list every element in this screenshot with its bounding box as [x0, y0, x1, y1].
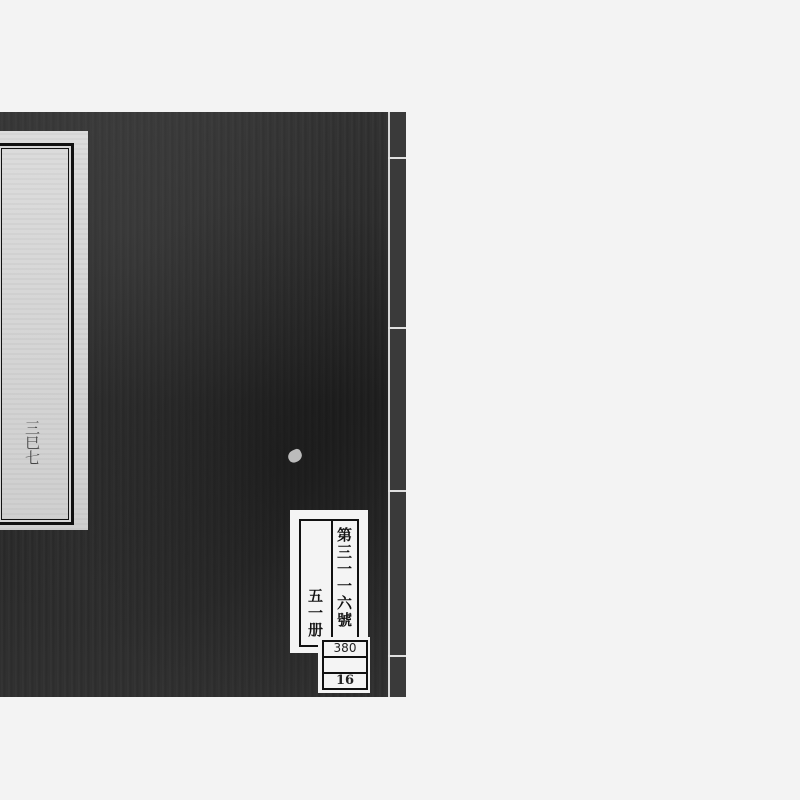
call-number-label: 第三一一六號 五一册 [290, 510, 368, 653]
binding-stitch [388, 490, 406, 492]
volume-count-text: 五一册 [305, 588, 325, 639]
binding-thread [388, 112, 390, 697]
handwritten-note: 三巳七 [18, 420, 42, 465]
shelf-number-label: 380 16 [318, 637, 370, 693]
call-label-frame: 第三一一六號 五一册 [299, 519, 359, 647]
shelf-number-row-2 [324, 658, 366, 674]
shelf-number-table: 380 16 [322, 640, 368, 690]
title-slip [0, 131, 88, 530]
shelf-number-row-1: 380 [324, 642, 366, 658]
binding-stitch [388, 157, 406, 159]
binding-stitch [388, 655, 406, 657]
shelf-number-row-3: 16 [324, 674, 366, 688]
title-slip-frame [0, 143, 74, 525]
book-spine [390, 112, 406, 697]
series-number-text: 第三一一六號 [334, 527, 354, 629]
call-label-divider [331, 521, 333, 645]
binding-stitch [388, 327, 406, 329]
